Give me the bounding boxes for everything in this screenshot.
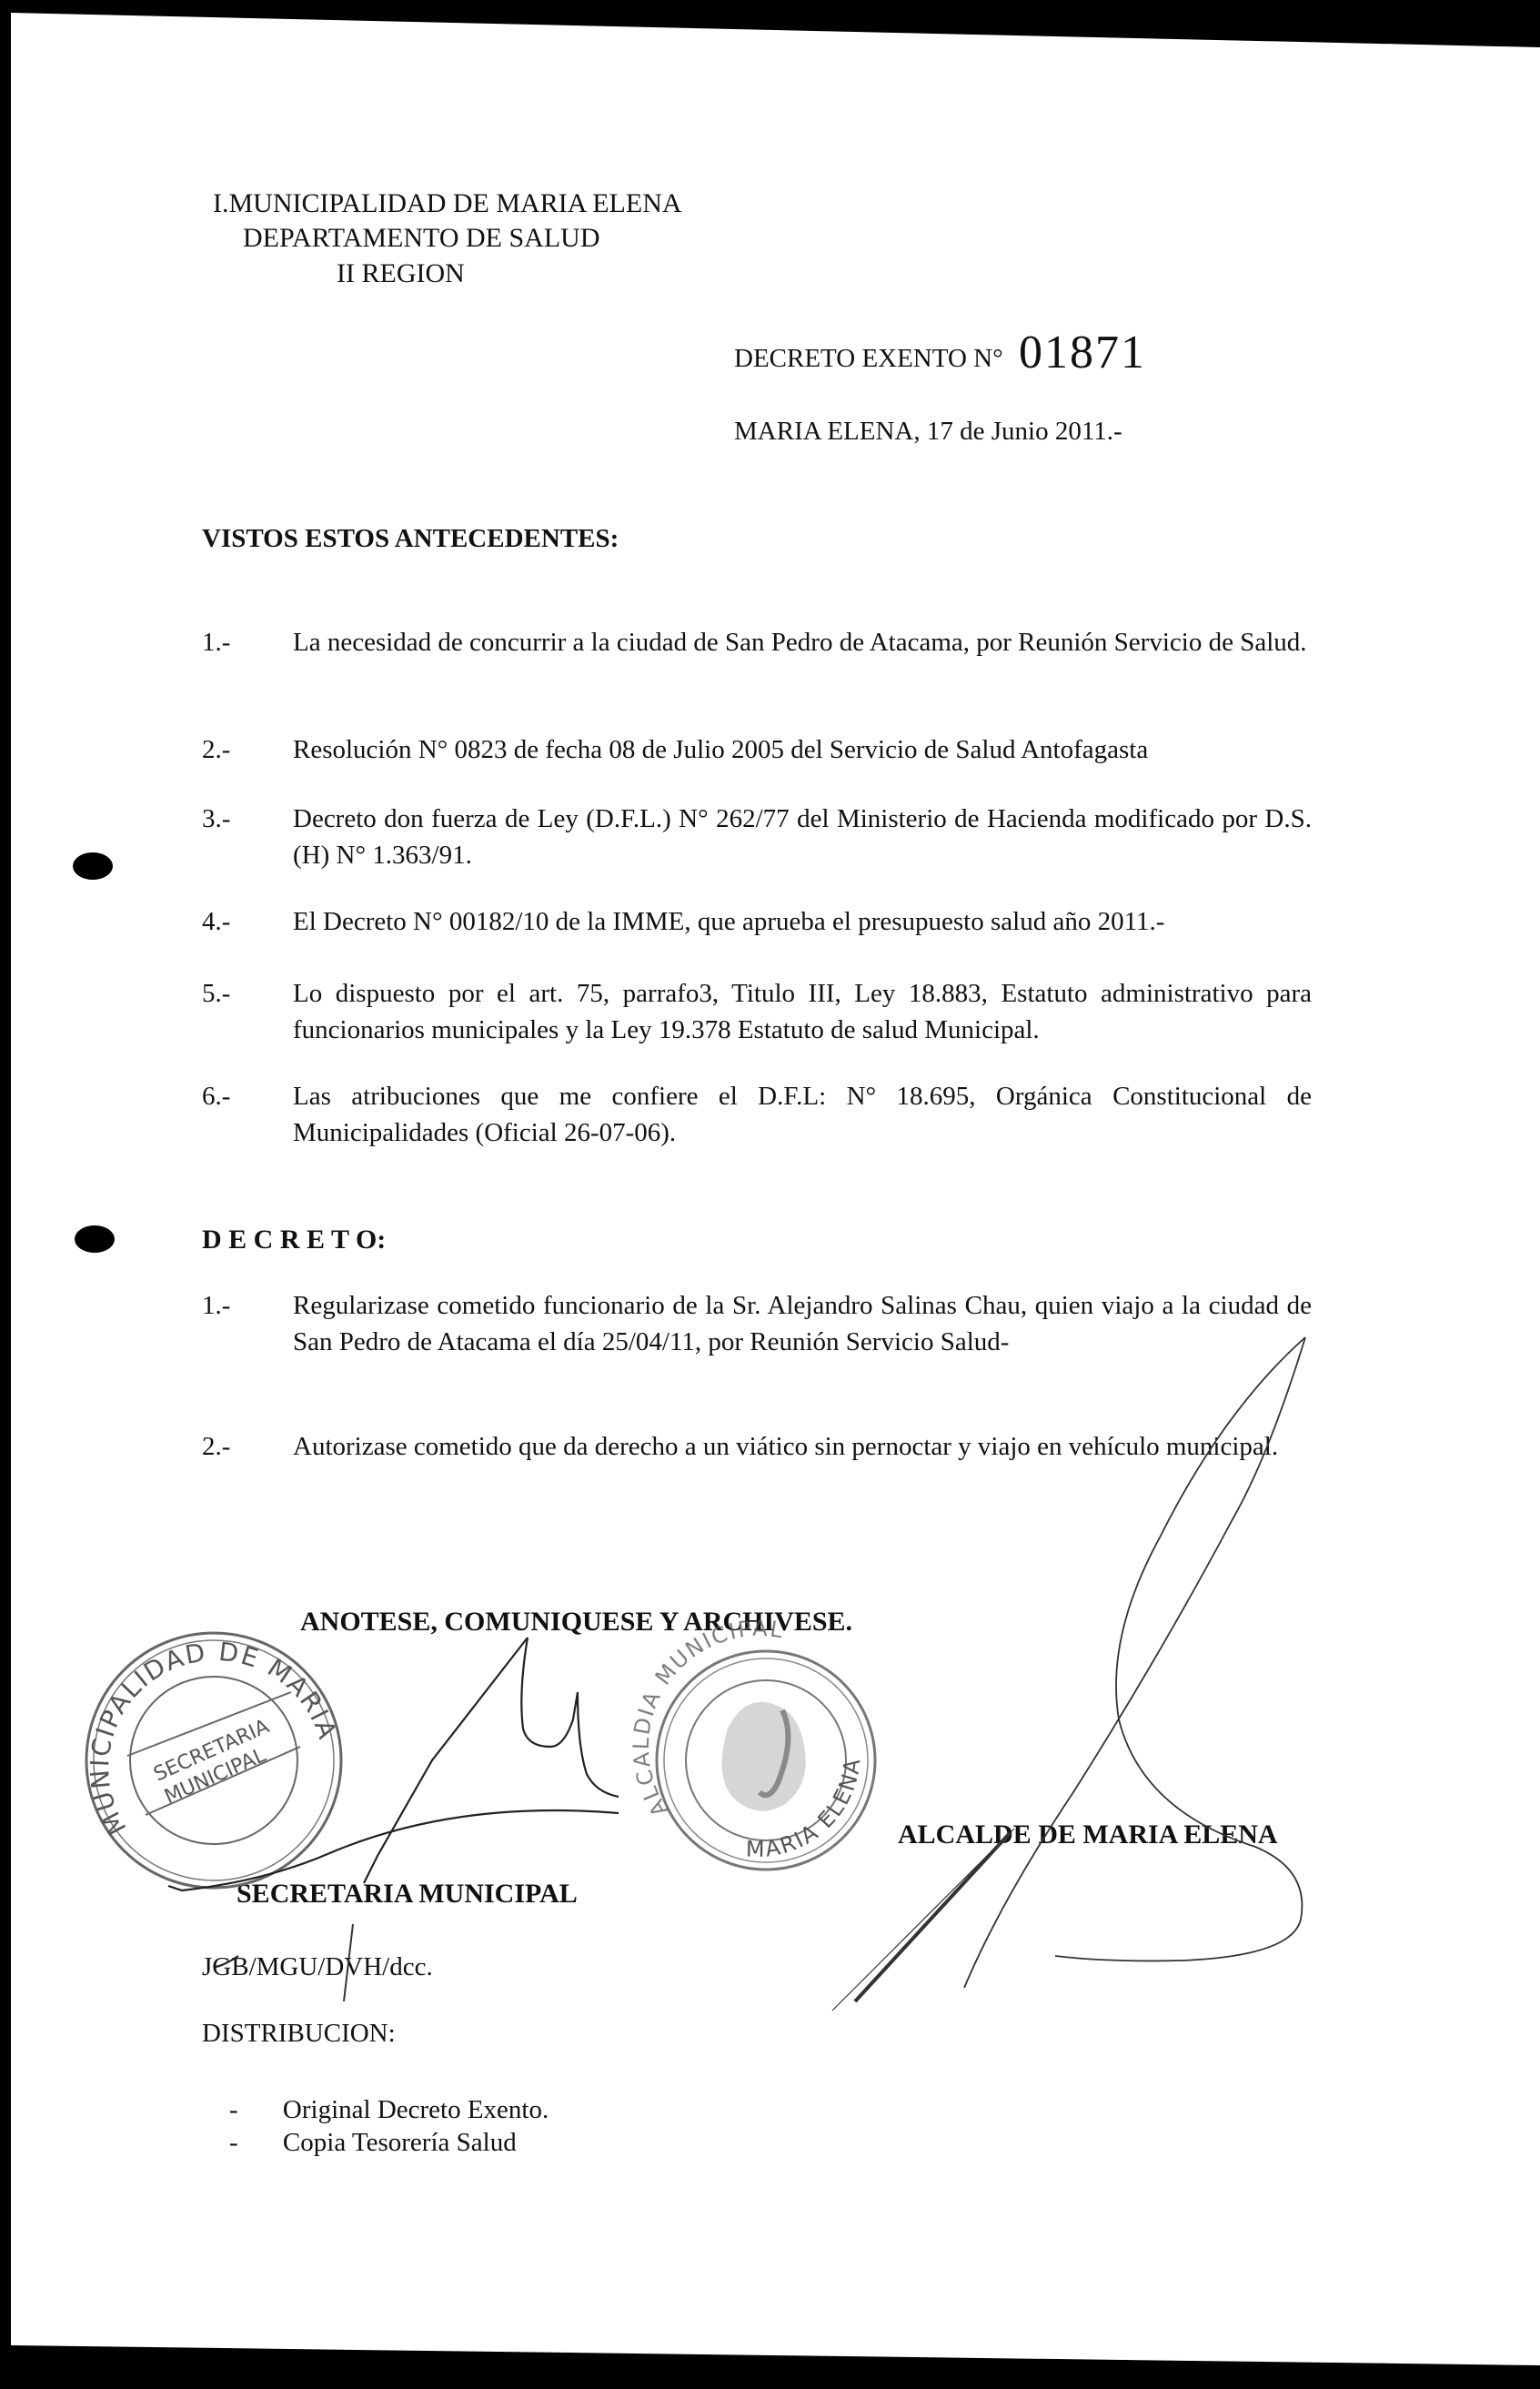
vistos-item: 2.- Resolución N° 0823 de fecha 08 de Ju… [202, 731, 1312, 768]
vistos-title: VISTOS ESTOS ANTECEDENTES: [202, 523, 619, 555]
distribution-text: Copia Tesorería Salud [283, 2128, 517, 2157]
item-text: El Decreto N° 00182/10 de la IMME, que a… [293, 903, 1312, 940]
item-text: Resolución N° 0823 de fecha 08 de Julio … [293, 731, 1312, 768]
distribution-title: DISTRIBUCION: [202, 2018, 396, 2050]
decreto-title: D E C R E T O: [202, 1224, 386, 1256]
item-text: Lo dispuesto por el art. 75, parrafo3, T… [293, 975, 1312, 1048]
item-text: Autorizase cometido que da derecho a un … [293, 1428, 1312, 1465]
vistos-item: 5.- Lo dispuesto por el art. 75, parrafo… [202, 975, 1312, 1048]
decree-number: 01871 [1019, 326, 1146, 379]
municipality-name: I.MUNICIPALIDAD DE MARIA ELENA [213, 188, 682, 219]
item-number: 4.- [202, 903, 230, 940]
distribution-text: Original Decreto Exento. [283, 2095, 549, 2124]
vistos-item: 4.- El Decreto N° 00182/10 de la IMME, q… [202, 903, 1312, 940]
distribution-item: - Original Decreto Exento. [229, 2094, 549, 2126]
decreto-item: 1.- Regularizase cometido funcionario de… [202, 1287, 1312, 1360]
item-text: Decreto don fuerza de Ley (D.F.L.) N° 26… [293, 801, 1312, 873]
decreto-item: 2.- Autorizase cometido que da derecho a… [202, 1428, 1312, 1465]
item-number: 2.- [202, 731, 230, 768]
secretaria-signature-title: SECRETARIA MUNICIPAL [237, 1879, 578, 1910]
place-date: MARIA ELENA, 17 de Junio 2011.- [734, 416, 1122, 448]
department-name: DEPARTAMENTO DE SALUD [243, 223, 600, 254]
distribution-item: - Copia Tesorería Salud [229, 2127, 517, 2159]
hole-punch-mark [73, 852, 113, 880]
reference-initials: JGB/MGU/DVH/dcc. [202, 1951, 433, 1983]
region-name: II REGION [337, 258, 465, 289]
item-number: 5.- [202, 975, 230, 1012]
scanned-page: I.MUNICIPALIDAD DE MARIA ELENA DEPARTAME… [11, 0, 1540, 2389]
vistos-item: 3.- Decreto don fuerza de Ley (D.F.L.) N… [202, 801, 1312, 873]
decree-label: DECRETO EXENTO N° [734, 344, 1003, 374]
closing-formula: ANOTESE, COMUNIQUESE Y ARCHIVESE. [300, 1607, 852, 1638]
vistos-item: 1.- La necesidad de concurrir a la ciuda… [202, 624, 1312, 660]
item-number: 2.- [202, 1428, 230, 1465]
item-number: 1.- [202, 624, 230, 660]
item-number: 3.- [202, 801, 230, 837]
hole-punch-mark [75, 1225, 115, 1253]
item-number: 1.- [202, 1287, 230, 1324]
item-number: 6.- [202, 1078, 230, 1114]
alcalde-signature-title: ALCALDE DE MARIA ELENA [898, 1819, 1278, 1850]
bullet: - [229, 2128, 238, 2157]
item-text: Las atribuciones que me confiere el D.F.… [293, 1078, 1312, 1151]
item-text: Regularizase cometido funcionario de la … [293, 1287, 1312, 1360]
vistos-item: 6.- Las atribuciones que me confiere el … [202, 1078, 1312, 1151]
bullet: - [229, 2095, 238, 2124]
item-text: La necesidad de concurrir a la ciudad de… [202, 624, 1312, 660]
